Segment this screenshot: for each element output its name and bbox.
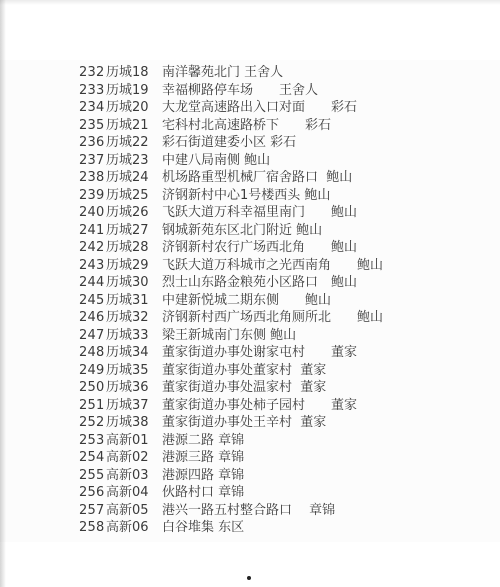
district-code: 历城24 — [106, 169, 162, 187]
district-code: 历城37 — [106, 397, 162, 415]
column-gap — [292, 503, 309, 518]
location-name: 中建新悦城二期东侧 — [162, 293, 279, 308]
table-row: 244 历城30 烈士山东路金粮苑小区路口 鲍山 — [0, 274, 500, 292]
table-row: 257 高新05 港兴一路五村整合路口 章锦 — [0, 502, 500, 520]
row-description: 彩石街道建委小区 彩石 — [162, 134, 500, 152]
area-name: 彩石 — [331, 100, 357, 115]
table-row: 249 历城35 董家街道办事处董家村 董家 — [0, 362, 500, 380]
table-row: 254 高新02 港源三路 章锦 — [0, 449, 500, 467]
row-description: 伙路村口 章锦 — [162, 484, 500, 502]
row-number: 257 — [79, 502, 106, 520]
table-row: 238 历城24 机场路重型机械厂宿舍路口 鲍山 — [0, 169, 500, 187]
table-row: 239 历城25 济钢新村中心1号楼西头 鲍山 — [0, 187, 500, 205]
row-number: 252 — [79, 414, 106, 432]
row-description: 飞跃大道万科幸福里南门 鲍山 — [162, 204, 500, 222]
row-number: 233 — [79, 82, 106, 100]
district-code: 历城26 — [106, 204, 162, 222]
location-name: 港源三路 — [162, 450, 214, 465]
table-row: 247 历城33 梁王新城南门东侧 鲍山 — [0, 327, 500, 345]
row-description: 港源四路 章锦 — [162, 467, 500, 485]
table-row: 234 历城20 大龙堂高速路出入口对面 彩石 — [0, 99, 500, 117]
district-code: 历城29 — [106, 257, 162, 275]
column-gap — [305, 240, 331, 255]
row-number: 232 — [79, 64, 106, 82]
row-description: 白谷堆集 东区 — [162, 519, 500, 537]
row-number: 242 — [79, 239, 106, 257]
district-code: 历城22 — [106, 134, 162, 152]
location-name: 南洋馨苑北门 — [162, 65, 240, 80]
row-number: 240 — [79, 204, 106, 222]
row-number: 251 — [79, 397, 106, 415]
district-code: 历城18 — [106, 64, 162, 82]
area-name: 章锦 — [218, 450, 244, 465]
table-row: 250 历城36 董家街道办事处温家村 董家 — [0, 379, 500, 397]
table-row: 251 历城37 董家街道办事处柿子园村 董家 — [0, 397, 500, 415]
location-name: 港兴一路五村整合路口 — [162, 503, 292, 518]
row-description: 梁王新城南门东侧 鲍山 — [162, 327, 500, 345]
row-number: 249 — [79, 362, 106, 380]
district-code: 高新03 — [106, 467, 162, 485]
area-name: 鲍山 — [304, 188, 330, 203]
area-name: 章锦 — [218, 485, 244, 500]
area-name: 鲍山 — [357, 258, 383, 273]
row-description: 济钢新村中心1号楼西头 鲍山 — [162, 187, 500, 205]
district-code: 高新02 — [106, 449, 162, 467]
row-number: 247 — [79, 327, 106, 345]
column-gap — [279, 118, 305, 133]
row-description: 济钢新村西广场西北角厕所北 鲍山 — [162, 309, 500, 327]
table-row: 235 历城21 宅科村北高速路桥下 彩石 — [0, 117, 500, 135]
row-number: 258 — [79, 519, 106, 537]
location-name: 济钢新村中心1号楼西头 — [162, 188, 300, 203]
location-name: 幸福柳路停车场 — [162, 83, 253, 98]
row-description: 董家街道办事处王辛村 董家 — [162, 414, 500, 432]
area-name: 董家 — [300, 380, 326, 395]
row-description: 大龙堂高速路出入口对面 彩石 — [162, 99, 500, 117]
area-name: 彩石 — [305, 118, 331, 133]
district-code: 高新01 — [106, 432, 162, 450]
row-description: 钢城新苑东区北门附近 鲍山 — [162, 222, 500, 240]
district-code: 高新05 — [106, 502, 162, 520]
area-name: 鲍山 — [331, 205, 357, 220]
location-name: 济钢新村农行广场西北角 — [162, 240, 305, 255]
row-number: 255 — [79, 467, 106, 485]
column-gap — [305, 205, 331, 220]
table-row: 236 历城22 彩石街道建委小区 彩石 — [0, 134, 500, 152]
area-name: 王舍人 — [279, 83, 318, 98]
row-number: 248 — [79, 344, 106, 362]
location-name: 钢城新苑东区北门附近 — [162, 223, 292, 238]
row-number: 239 — [79, 187, 106, 205]
district-code: 历城19 — [106, 82, 162, 100]
location-name: 伙路村口 — [162, 485, 214, 500]
row-number: 245 — [79, 292, 106, 310]
table-row: 246 历城32 济钢新村西广场西北角厕所北 鲍山 — [0, 309, 500, 327]
page-indicator-dot — [247, 576, 251, 580]
table-row: 252 历城38 董家街道办事处王辛村 董家 — [0, 414, 500, 432]
area-name: 董家 — [300, 415, 326, 430]
district-code: 历城28 — [106, 239, 162, 257]
row-number: 253 — [79, 432, 106, 450]
area-name: 彩石 — [270, 135, 296, 150]
row-number: 234 — [79, 99, 106, 117]
district-code: 历城25 — [106, 187, 162, 205]
column-gap — [331, 310, 357, 325]
row-number: 244 — [79, 274, 106, 292]
area-name: 董家 — [331, 345, 357, 360]
location-name: 中建八局南侧 — [162, 153, 240, 168]
row-description: 宅科村北高速路桥下 彩石 — [162, 117, 500, 135]
row-description: 董家街道办事处柿子园村 董家 — [162, 397, 500, 415]
table-row: 240 历城26 飞跃大道万科幸福里南门 鲍山 — [0, 204, 500, 222]
row-description: 烈士山东路金粮苑小区路口 鲍山 — [162, 274, 500, 292]
row-description: 董家街道办事处温家村 董家 — [162, 379, 500, 397]
column-gap — [318, 275, 331, 290]
column-gap — [253, 83, 279, 98]
area-name: 东区 — [218, 520, 244, 535]
district-code: 历城20 — [106, 99, 162, 117]
table-row: 237 历城23 中建八局南侧 鲍山 — [0, 152, 500, 170]
area-name: 王舍人 — [244, 65, 283, 80]
row-description: 中建新悦城二期东侧 鲍山 — [162, 292, 500, 310]
district-code: 历城27 — [106, 222, 162, 240]
location-name: 飞跃大道万科城市之光西南角 — [162, 258, 331, 273]
station-list: 232 历城18 南洋馨苑北门 王舍人 233 历城19 幸福柳路停车场 王舍人… — [0, 64, 500, 537]
column-gap — [305, 345, 331, 360]
district-code: 历城34 — [106, 344, 162, 362]
location-name: 烈士山东路金粮苑小区路口 — [162, 275, 318, 290]
area-name: 鲍山 — [244, 153, 270, 168]
row-description: 幸福柳路停车场 王舍人 — [162, 82, 500, 100]
document-page: 232 历城18 南洋馨苑北门 王舍人 233 历城19 幸福柳路停车场 王舍人… — [0, 0, 500, 587]
location-name: 港源二路 — [162, 433, 214, 448]
table-row: 245 历城31 中建新悦城二期东侧 鲍山 — [0, 292, 500, 310]
area-name: 董家 — [331, 398, 357, 413]
row-description: 董家街道办事处谢家屯村 董家 — [162, 344, 500, 362]
row-number: 236 — [79, 134, 106, 152]
location-name: 彩石街道建委小区 — [162, 135, 266, 150]
district-code: 高新06 — [106, 519, 162, 537]
district-code: 历城30 — [106, 274, 162, 292]
district-code: 高新04 — [106, 484, 162, 502]
area-name: 董家 — [300, 363, 326, 378]
row-description: 港源三路 章锦 — [162, 449, 500, 467]
location-name: 董家街道办事处王辛村 — [162, 415, 292, 430]
row-number: 238 — [79, 169, 106, 187]
column-gap — [279, 293, 305, 308]
row-description: 机场路重型机械厂宿舍路口 鲍山 — [162, 169, 500, 187]
district-code: 历城36 — [106, 379, 162, 397]
table-row: 241 历城27 钢城新苑东区北门附近 鲍山 — [0, 222, 500, 240]
row-number: 241 — [79, 222, 106, 240]
location-name: 济钢新村西广场西北角厕所北 — [162, 310, 331, 325]
district-code: 历城31 — [106, 292, 162, 310]
row-description: 南洋馨苑北门 王舍人 — [162, 64, 500, 82]
area-name: 章锦 — [218, 468, 244, 483]
area-name: 鲍山 — [331, 275, 357, 290]
location-name: 宅科村北高速路桥下 — [162, 118, 279, 133]
column-gap — [331, 258, 357, 273]
table-row: 232 历城18 南洋馨苑北门 王舍人 — [0, 64, 500, 82]
location-name: 董家街道办事处董家村 — [162, 363, 292, 378]
table-row: 242 历城28 济钢新村农行广场西北角 鲍山 — [0, 239, 500, 257]
table-row: 233 历城19 幸福柳路停车场 王舍人 — [0, 82, 500, 100]
area-name: 鲍山 — [296, 223, 322, 238]
table-row: 253 高新01 港源二路 章锦 — [0, 432, 500, 450]
table-row: 256 高新04 伙路村口 章锦 — [0, 484, 500, 502]
area-name: 鲍山 — [270, 328, 296, 343]
table-row: 258 高新06 白谷堆集 东区 — [0, 519, 500, 537]
row-number: 256 — [79, 484, 106, 502]
area-name: 章锦 — [309, 503, 335, 518]
row-number: 250 — [79, 379, 106, 397]
row-description: 港兴一路五村整合路口 章锦 — [162, 502, 500, 520]
row-description: 董家街道办事处董家村 董家 — [162, 362, 500, 380]
row-description: 中建八局南侧 鲍山 — [162, 152, 500, 170]
row-description: 港源二路 章锦 — [162, 432, 500, 450]
area-name: 鲍山 — [326, 170, 352, 185]
area-name: 鲍山 — [357, 310, 383, 325]
row-number: 237 — [79, 152, 106, 170]
district-code: 历城38 — [106, 414, 162, 432]
table-row: 243 历城29 飞跃大道万科城市之光西南角 鲍山 — [0, 257, 500, 275]
row-number: 243 — [79, 257, 106, 275]
table-row: 248 历城34 董家街道办事处谢家屯村 董家 — [0, 344, 500, 362]
location-name: 飞跃大道万科幸福里南门 — [162, 205, 305, 220]
row-description: 济钢新村农行广场西北角 鲍山 — [162, 239, 500, 257]
row-description: 飞跃大道万科城市之光西南角 鲍山 — [162, 257, 500, 275]
location-name: 董家街道办事处柿子园村 — [162, 398, 305, 413]
area-name: 章锦 — [218, 433, 244, 448]
area-name: 鲍山 — [331, 240, 357, 255]
district-code: 历城32 — [106, 309, 162, 327]
scan-edge-top — [0, 0, 500, 5]
column-gap — [305, 398, 331, 413]
district-code: 历城23 — [106, 152, 162, 170]
location-name: 港源四路 — [162, 468, 214, 483]
row-number: 235 — [79, 117, 106, 135]
district-code: 历城33 — [106, 327, 162, 345]
location-name: 董家街道办事处温家村 — [162, 380, 292, 395]
row-number: 254 — [79, 449, 106, 467]
location-name: 大龙堂高速路出入口对面 — [162, 100, 305, 115]
location-name: 机场路重型机械厂宿舍路口 — [162, 170, 318, 185]
location-name: 梁王新城南门东侧 — [162, 328, 266, 343]
area-name: 鲍山 — [305, 293, 331, 308]
table-row: 255 高新03 港源四路 章锦 — [0, 467, 500, 485]
location-name: 董家街道办事处谢家屯村 — [162, 345, 305, 360]
district-code: 历城35 — [106, 362, 162, 380]
row-number: 246 — [79, 309, 106, 327]
district-code: 历城21 — [106, 117, 162, 135]
location-name: 白谷堆集 — [162, 520, 214, 535]
column-gap — [305, 100, 331, 115]
